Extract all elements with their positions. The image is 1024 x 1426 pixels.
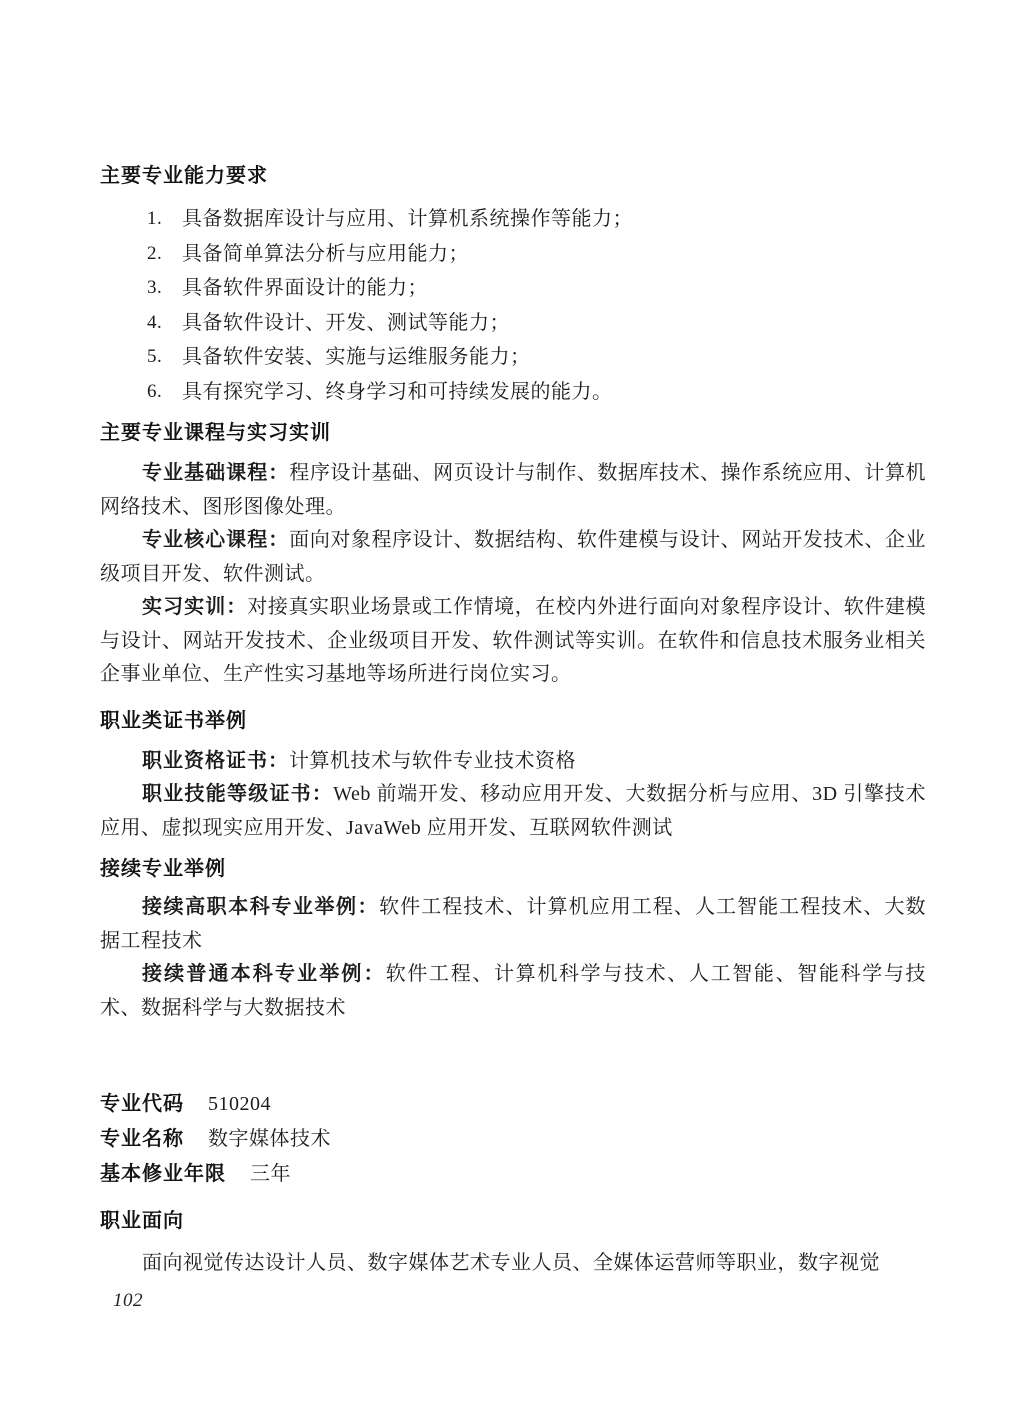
section-heading-orientation: 职业面向 xyxy=(100,1205,926,1238)
list-item-text: 具备简单算法分析与应用能力； xyxy=(182,237,469,272)
paragraph-vocational-bachelor: 接续高职本科专业举例：软件工程技术、计算机应用工程、人工智能工程技术、大数据工程… xyxy=(100,891,926,958)
field-label: 基本修业年限 xyxy=(100,1163,226,1185)
field-value: 510204 xyxy=(208,1093,271,1115)
paragraph-text: 计算机技术与软件专业技术资格 xyxy=(289,750,576,772)
list-item-number: 2. xyxy=(147,237,182,272)
list-item: 4. 具备软件设计、开发、测试等能力； xyxy=(100,306,926,341)
section-next-major: 专业代码510204 专业名称数字媒体技术 基本修业年限三年 职业面向 面向视觉… xyxy=(100,1087,926,1281)
list-item-text: 具备软件安装、实施与运维服务能力； xyxy=(182,340,531,375)
section-heading-courses: 主要专业课程与实习实训 xyxy=(100,417,926,450)
document-page: 主要专业能力要求 1. 具备数据库设计与应用、计算机系统操作等能力； 2. 具备… xyxy=(0,0,1024,1426)
section-heading-continuation: 接续专业举例 xyxy=(100,853,926,886)
list-item: 2. 具备简单算法分析与应用能力； xyxy=(100,237,926,272)
field-study-duration: 基本修业年限三年 xyxy=(100,1157,926,1192)
list-item-number: 4. xyxy=(147,306,182,341)
ability-list: 1. 具备数据库设计与应用、计算机系统操作等能力； 2. 具备简单算法分析与应用… xyxy=(100,202,926,409)
paragraph-text: 面向视觉传达设计人员、数字媒体艺术专业人员、全媒体运营师等职业，数字视觉 xyxy=(142,1252,880,1274)
run-in-label: 职业技能等级证书： xyxy=(142,783,333,805)
page-number: 102 xyxy=(113,1290,143,1312)
list-item-number: 6. xyxy=(147,375,182,410)
list-item: 5. 具备软件安装、实施与运维服务能力； xyxy=(100,340,926,375)
list-item-text: 具备软件界面设计的能力； xyxy=(182,271,428,306)
field-value: 数字媒体技术 xyxy=(208,1128,331,1150)
run-in-label: 专业基础课程： xyxy=(142,462,289,484)
paragraph-basic-courses: 专业基础课程：程序设计基础、网页设计与制作、数据库技术、操作系统应用、计算机网络… xyxy=(100,457,926,524)
list-item: 1. 具备数据库设计与应用、计算机系统操作等能力； xyxy=(100,202,926,237)
paragraph-qualification-cert: 职业资格证书：计算机技术与软件专业技术资格 xyxy=(100,745,926,779)
field-major-name: 专业名称数字媒体技术 xyxy=(100,1122,926,1157)
field-label: 专业代码 xyxy=(100,1093,184,1115)
section-heading-abilities: 主要专业能力要求 xyxy=(100,160,926,193)
section-courses: 主要专业课程与实习实训 专业基础课程：程序设计基础、网页设计与制作、数据库技术、… xyxy=(100,417,926,692)
list-item-text: 具有探究学习、终身学习和可持续发展的能力。 xyxy=(182,375,613,410)
run-in-label: 接续普通本科专业举例： xyxy=(142,963,386,985)
paragraph-internship: 实习实训：对接真实职业场景或工作情境，在校内外进行面向对象程序设计、软件建模与设… xyxy=(100,591,926,692)
field-label: 专业名称 xyxy=(100,1128,184,1150)
run-in-label: 专业核心课程： xyxy=(142,529,289,551)
paragraph-regular-bachelor: 接续普通本科专业举例：软件工程、计算机科学与技术、人工智能、智能科学与技术、数据… xyxy=(100,958,926,1025)
field-value: 三年 xyxy=(250,1163,291,1185)
list-item-number: 1. xyxy=(147,202,182,237)
list-item: 6. 具有探究学习、终身学习和可持续发展的能力。 xyxy=(100,375,926,410)
field-major-code: 专业代码510204 xyxy=(100,1087,926,1122)
list-item-text: 具备数据库设计与应用、计算机系统操作等能力； xyxy=(182,202,633,237)
run-in-label: 接续高职本科专业举例： xyxy=(142,896,379,918)
list-item: 3. 具备软件界面设计的能力； xyxy=(100,271,926,306)
run-in-label: 实习实训： xyxy=(142,596,247,618)
run-in-label: 职业资格证书： xyxy=(142,750,289,772)
section-certificates: 职业类证书举例 职业资格证书：计算机技术与软件专业技术资格 职业技能等级证书：W… xyxy=(100,705,926,846)
page-content: 主要专业能力要求 1. 具备数据库设计与应用、计算机系统操作等能力； 2. 具备… xyxy=(100,160,926,1281)
paragraph-orientation: 面向视觉传达设计人员、数字媒体艺术专业人员、全媒体运营师等职业，数字视觉 xyxy=(100,1247,926,1281)
list-item-number: 5. xyxy=(147,340,182,375)
section-heading-certificates: 职业类证书举例 xyxy=(100,705,926,738)
paragraph-skill-level-cert: 职业技能等级证书：Web 前端开发、移动应用开发、大数据分析与应用、3D 引擎技… xyxy=(100,778,926,845)
section-abilities: 主要专业能力要求 1. 具备数据库设计与应用、计算机系统操作等能力； 2. 具备… xyxy=(100,160,926,409)
list-item-number: 3. xyxy=(147,271,182,306)
section-continuation: 接续专业举例 接续高职本科专业举例：软件工程技术、计算机应用工程、人工智能工程技… xyxy=(100,853,926,1025)
paragraph-core-courses: 专业核心课程：面向对象程序设计、数据结构、软件建模与设计、网站开发技术、企业级项… xyxy=(100,524,926,591)
list-item-text: 具备软件设计、开发、测试等能力； xyxy=(182,306,510,341)
